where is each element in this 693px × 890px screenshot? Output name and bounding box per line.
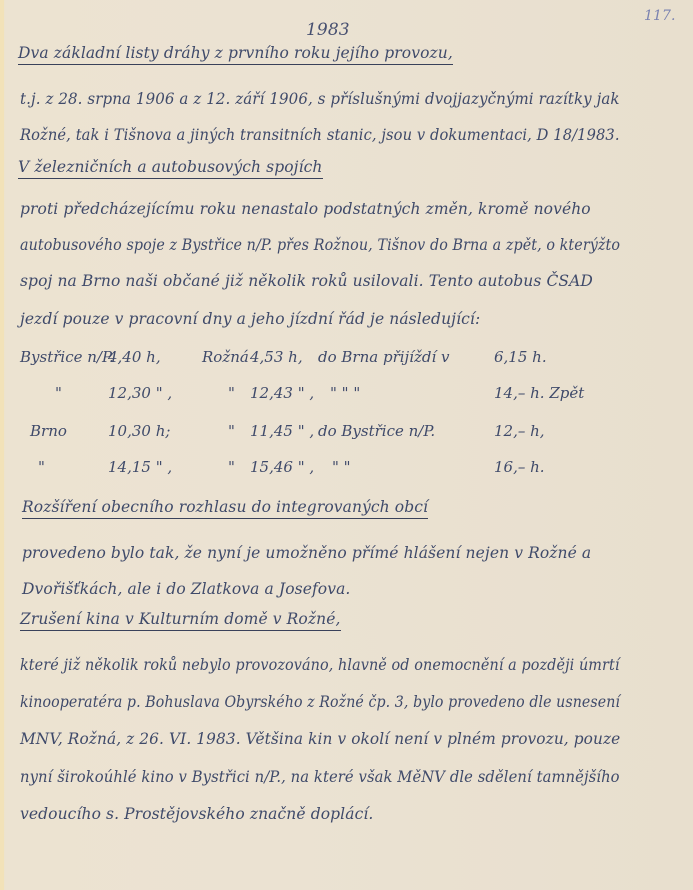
via-time: 11,45 " , xyxy=(250,422,314,440)
destination: do Bystřice n/P. xyxy=(318,422,435,440)
destination: " " xyxy=(332,458,351,476)
destination: do Brna přijíždí v xyxy=(318,348,450,366)
section-heading-basic-tickets: Dva základní listy dráhy z prvního roku … xyxy=(18,44,453,65)
section-heading-radio: Rozšíření obecního rozhlasu do integrova… xyxy=(22,498,428,519)
departure: 4,40 h, xyxy=(108,348,161,366)
text-line: které již několik roků nebylo provozován… xyxy=(20,656,620,674)
page-year: 1983 xyxy=(306,20,350,40)
origin: Bystřice n/P. xyxy=(20,348,114,366)
origin: " xyxy=(38,458,45,476)
via-stop: " xyxy=(228,458,235,476)
text-line: provedeno bylo tak, že nyní je umožněno … xyxy=(22,544,591,562)
arrival: 6,15 h. xyxy=(494,348,547,366)
chronicle-page: 117. 1983 Dva základní listy dráhy z prv… xyxy=(0,0,693,890)
origin: " xyxy=(55,384,62,402)
text-line: jezdí pouze v pracovní dny a jeho jízdní… xyxy=(20,310,480,328)
text-line: kinooperatéra p. Bohuslava Obyrského z R… xyxy=(20,693,620,711)
text-line: MNV, Rožná, z 26. VI. 1983. Většina kin … xyxy=(20,730,620,748)
departure: 14,15 " , xyxy=(108,458,172,476)
destination: " " " xyxy=(330,384,360,402)
via-stop: " xyxy=(228,422,235,440)
section-heading-transport: V železničních a autobusových spojích xyxy=(18,158,323,179)
via-time: 15,46 " , xyxy=(250,458,314,476)
text-line: spoj na Brno naši občané již několik rok… xyxy=(20,272,593,290)
text-line: Dvořišťkách, ale i do Zlatkova a Josefov… xyxy=(22,580,350,598)
text-line: t.j. z 28. srpna 1906 a z 12. září 1906,… xyxy=(20,90,620,108)
text-line: proti předcházejícímu roku nenastalo pod… xyxy=(20,200,591,218)
via-stop: Rožná xyxy=(202,348,249,366)
origin: Brno xyxy=(30,422,67,440)
arrival: 16,– h. xyxy=(494,458,545,476)
text-line: Rožné, tak i Tišnova a jiných transitníc… xyxy=(20,126,620,144)
via-stop: " xyxy=(228,384,235,402)
page-number: 117. xyxy=(644,8,676,24)
section-heading-cinema: Zrušení kina v Kulturním domě v Rožné, xyxy=(20,610,341,631)
text-line: autobusového spoje z Bystřice n/P. přes … xyxy=(20,236,620,254)
text-line: vedoucího s. Prostějovského značně doplá… xyxy=(20,805,373,823)
arrival: 14,– h. Zpět xyxy=(494,384,584,402)
departure: 12,30 " , xyxy=(108,384,172,402)
arrival: 12,– h, xyxy=(494,422,545,440)
via-time: 4,53 h, xyxy=(250,348,303,366)
departure: 10,30 h; xyxy=(108,422,170,440)
via-time: 12,43 " , xyxy=(250,384,314,402)
text-line: nyní širokoúhlé kino v Bystřici n/P., na… xyxy=(20,768,620,786)
